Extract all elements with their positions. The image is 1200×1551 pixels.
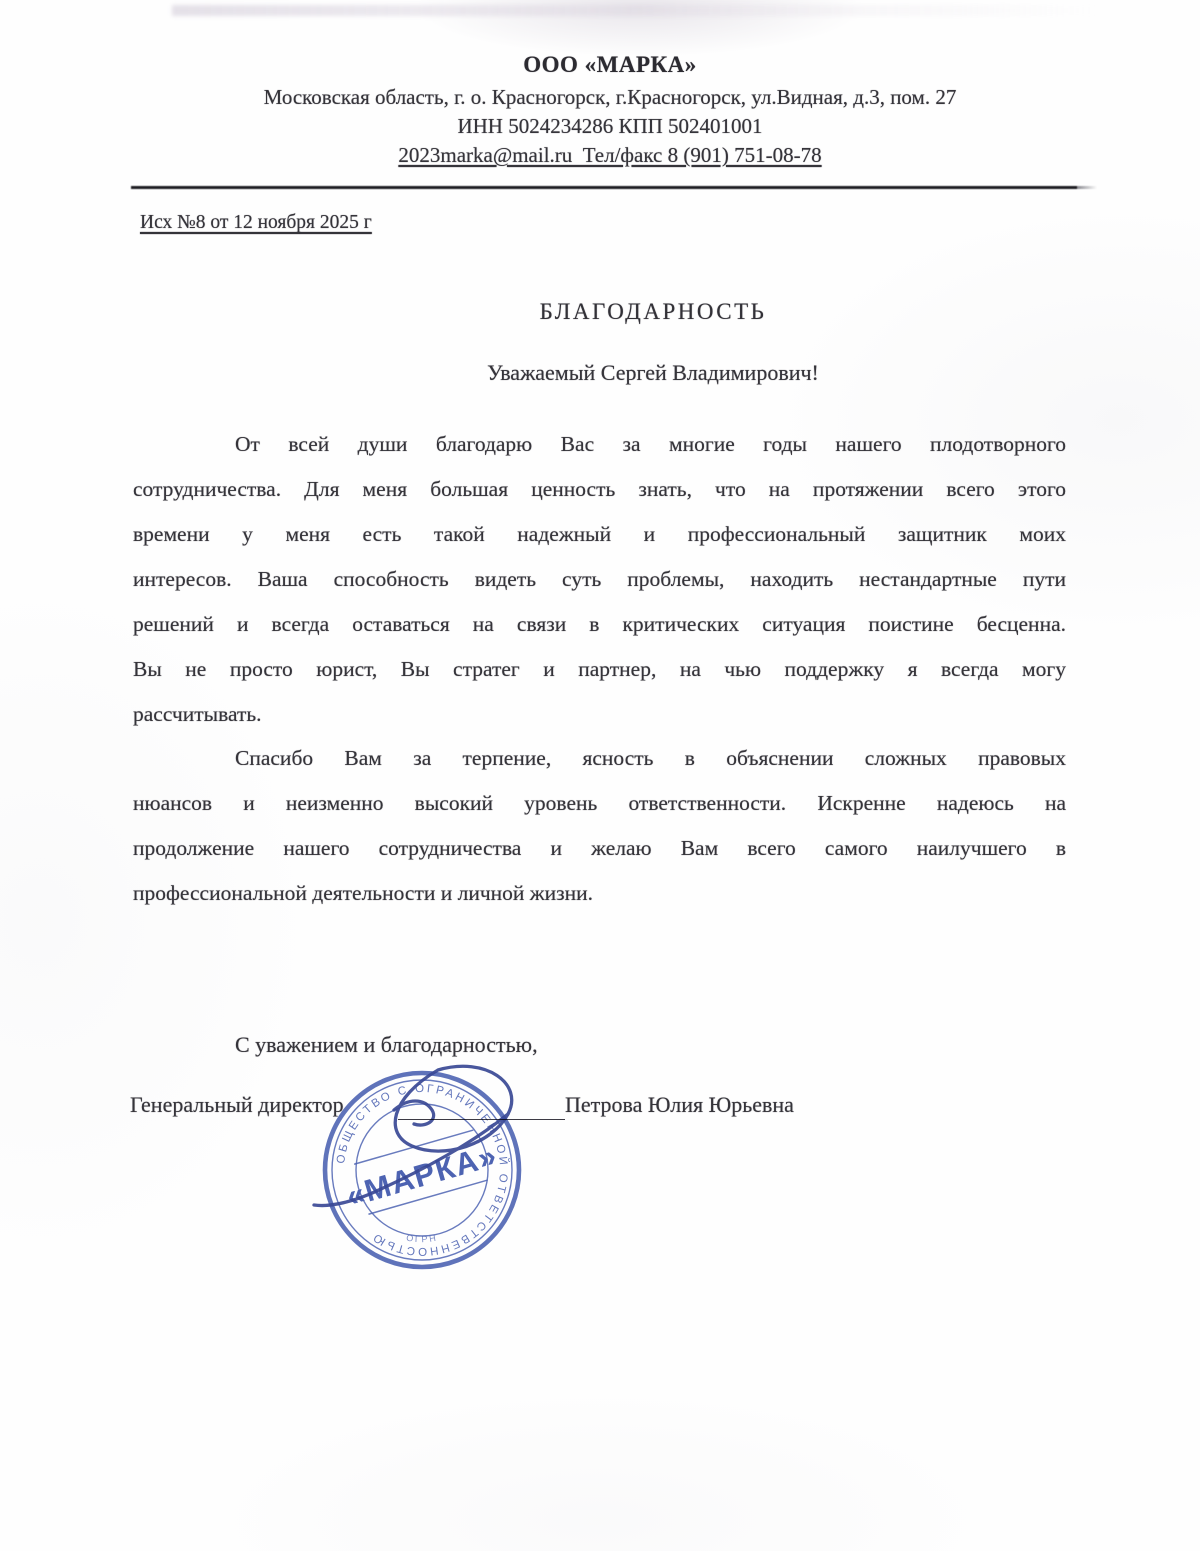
paragraph-line: Вы не просто юрист, Вы стратег и партнер… (133, 647, 1066, 692)
paragraph-line: От всей души благодарю Вас за многие год… (133, 422, 1066, 467)
paragraph-line: Спасибо Вам за терпение, ясность в объяс… (133, 736, 1066, 781)
signature-name: Петрова Юлия Юрьевна (565, 1092, 794, 1118)
body-paragraph-1: От всей души благодарю Вас за многие год… (133, 422, 1066, 737)
letterhead-rule (131, 186, 1077, 189)
paragraph-line: решений и всегда оставаться на связи в к… (133, 602, 1066, 647)
company-tax-ids: ИНН 5024234286 КПП 502401001 (95, 112, 1125, 141)
paragraph-line: профессиональной деятельности и личной ж… (133, 871, 1066, 916)
company-stamp: ОБЩЕСТВО С ОГРАНИЧЕННОЙ ОТВЕТСТВЕННОСТЬЮ… (298, 1048, 562, 1292)
signature-row: Генеральный директор Петрова Юлия Юрьевн… (0, 1092, 1200, 1132)
letterhead: ООО «МАРКА» Московская область, г. о. Кр… (95, 50, 1125, 170)
paragraph-line: продолжение нашего сотрудничества и жела… (133, 826, 1066, 871)
greeting-line: Уважаемый Сергей Владимирович! (133, 360, 1173, 386)
letter-title: БЛАГОДАРНОСТЬ (133, 299, 1173, 325)
company-address: Московская область, г. о. Красногорск, г… (95, 83, 1125, 112)
paragraph-line: нюансов и неизменно высокий уровень отве… (133, 781, 1066, 826)
stamp-svg: ОБЩЕСТВО С ОГРАНИЧЕННОЙ ОТВЕТСТВЕННОСТЬЮ… (298, 1048, 562, 1292)
paragraph-line: сотрудничества. Для меня большая ценност… (133, 467, 1066, 512)
body-paragraph-2: Спасибо Вам за терпение, ясность в объяс… (133, 736, 1066, 916)
company-name: ООО «МАРКА» (95, 50, 1125, 79)
letter-page: ООО «МАРКА» Московская область, г. о. Кр… (0, 0, 1200, 1551)
paragraph-line: интересов. Ваша способность видеть суть … (133, 557, 1066, 602)
stamp-bottom-text: ОГРН (406, 1233, 439, 1245)
paragraph-line: времени у меня есть такой надежный и про… (133, 512, 1066, 557)
company-contacts: 2023marka@mail.ru Тел/факс 8 (901) 751-0… (95, 141, 1125, 170)
reference-line: Исх №8 от 12 ноября 2025 г (140, 212, 372, 234)
scan-edge-artifact (172, 5, 1098, 16)
paragraph-line: рассчитывать. (133, 692, 1066, 737)
